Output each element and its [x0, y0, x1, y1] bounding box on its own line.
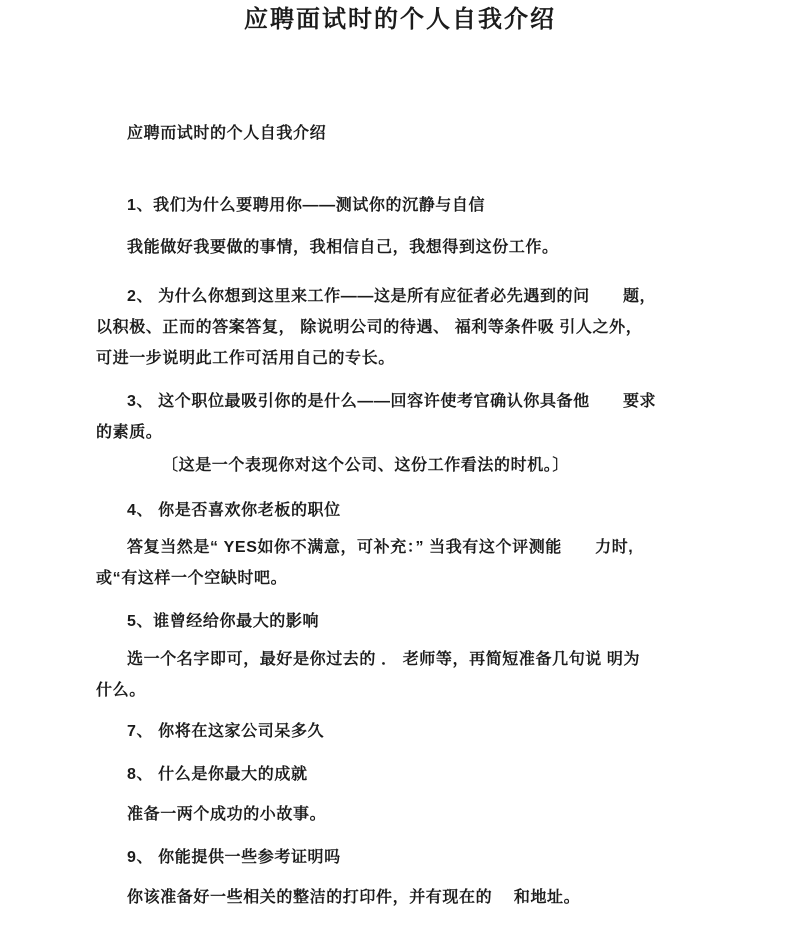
intro-text: 应聘而试时的个人自我介绍	[96, 118, 706, 149]
section-4-line-1: 答复当然是“ YES如你不满意，可补充：” 当我有这个评测能 力时,	[96, 532, 706, 563]
section-8-paragraph: 准备一两个成功的小故事。	[96, 805, 706, 825]
section-9-paragraph: 你该准备好一些相关的整洁的打印件，并有现在的 和地址。	[96, 888, 706, 908]
section-4-heading: 4、 你是否喜欢你老板的职位	[96, 501, 706, 521]
section-9-heading-text: 9、 你能提供一些参考证明吗	[96, 848, 706, 868]
doc-title: 应聘面试时的个人自我介绍	[0, 6, 800, 34]
section-9-heading: 9、 你能提供一些参考证明吗	[96, 848, 706, 868]
section-8-paragraph-text: 准备一两个成功的小故事。	[96, 805, 706, 825]
section-5-heading: 5、谁曾经给你最大的影响	[96, 612, 706, 632]
section-5-line-1: 选一个名字即可，最好是你过去的 ． 老师等，再简短准备几句说 明为	[96, 644, 706, 675]
section-1-paragraph-text: 我能做好我要做的事情，我相信自己，我想得到这份工作。	[96, 238, 706, 258]
section-2-line-3: 可进一步说明此工作可活用自己的专长。	[96, 343, 706, 374]
section-2-paragraph: 2、 为什么你想到这里来工作——这是所有应征者必先遇到的问 题， 以积极、正而的…	[96, 281, 706, 374]
section-4-heading-text: 4、 你是否喜欢你老板的职位	[96, 501, 706, 521]
section-3-paragraph: 3、 这个职位最吸引你的是什么——回容许使考官确认你具备他 要求 的素质。	[96, 386, 706, 448]
section-5-line-2: 什么。	[96, 675, 706, 706]
section-9-paragraph-text: 你该准备好一些相关的整洁的打印件，并有现在的 和地址。	[96, 888, 706, 908]
section-2-line-2: 以积极、正而的答案答复， 除说明公司的待遇、 福利等条件吸 引人之外，	[96, 312, 706, 343]
document-page: 应聘面试时的个人自我介绍 应聘而试时的个人自我介绍 1、我们为什么要聘用你——测…	[0, 0, 800, 936]
section-3-line-2: 的素质。	[96, 417, 706, 448]
section-5-paragraph: 选一个名字即可，最好是你过去的 ． 老师等，再简短准备几句说 明为 什么。	[96, 644, 706, 706]
section-3-note-text: 〔这是一个表现你对这个公司、这份工作看法的时机。〕	[96, 456, 706, 476]
section-3-note: 〔这是一个表现你对这个公司、这份工作看法的时机。〕	[96, 456, 706, 476]
section-1-heading: 1、我们为什么要聘用你——测试你的沉静与自信	[96, 196, 706, 216]
section-2-line-1: 2、 为什么你想到这里来工作——这是所有应征者必先遇到的问 题，	[96, 281, 706, 312]
section-7-heading-text: 7、 你将在这家公司呆多久	[96, 722, 706, 742]
intro-line: 应聘而试时的个人自我介绍	[96, 118, 706, 149]
section-5-heading-text: 5、谁曾经给你最大的影响	[96, 612, 706, 632]
section-1-paragraph: 我能做好我要做的事情，我相信自己，我想得到这份工作。	[96, 238, 706, 258]
section-3-line-1: 3、 这个职位最吸引你的是什么——回容许使考官确认你具备他 要求	[96, 386, 706, 417]
section-7-heading: 7、 你将在这家公司呆多久	[96, 722, 706, 742]
section-4-paragraph: 答复当然是“ YES如你不满意，可补充：” 当我有这个评测能 力时, 或“有这样…	[96, 532, 706, 594]
section-8-heading-text: 8、 什么是你最大的成就	[96, 765, 706, 785]
section-8-heading: 8、 什么是你最大的成就	[96, 765, 706, 785]
section-4-line-2: 或“有这样一个空缺时吧。	[96, 563, 706, 594]
section-1-heading-text: 1、我们为什么要聘用你——测试你的沉静与自信	[96, 196, 706, 216]
